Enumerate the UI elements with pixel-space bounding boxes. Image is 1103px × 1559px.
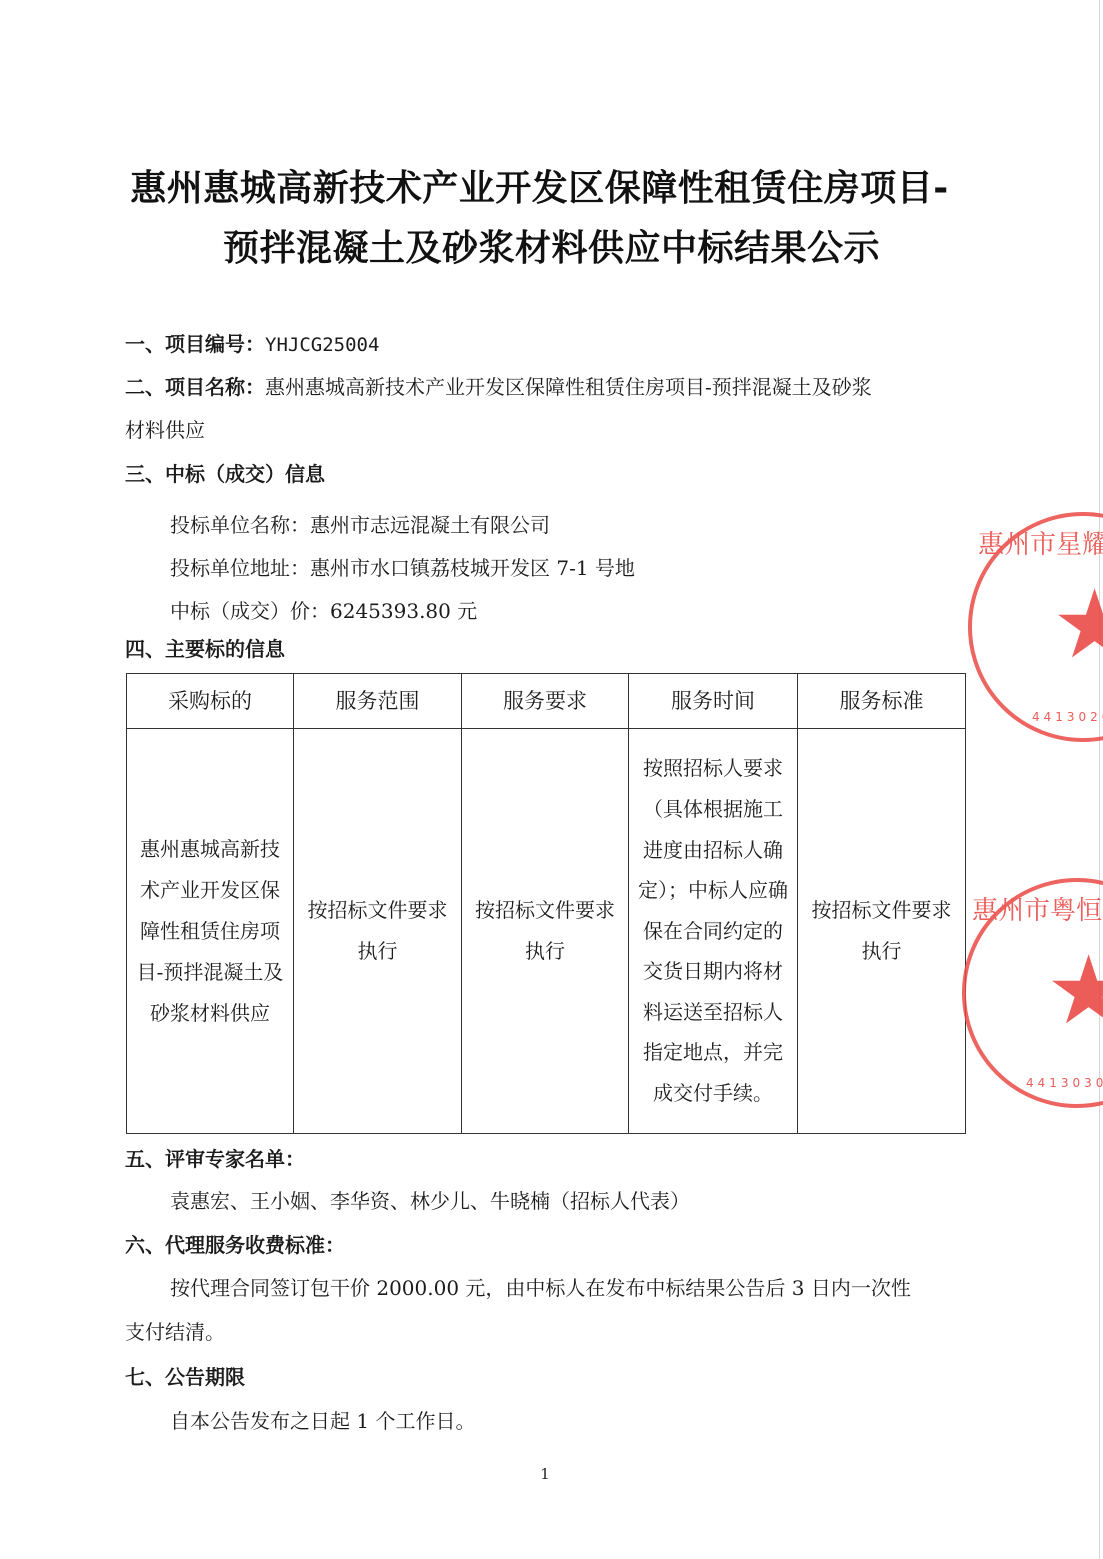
cell-scope: 按招标文件要求执行 [294,729,462,1134]
bidder-address: 惠州市水口镇荔枝城开发区 7-1 号地 [310,556,635,580]
company-seal-supply-chain: 惠州市星耀供应链 ★ 4413020 [968,512,1103,742]
star-icon: ★ [1052,578,1103,673]
company-seal-engineering-consulting: 惠州市粤恒基工程咨 ★ 441303018 [962,878,1103,1108]
project-name-continued: 材料供应 [125,414,205,443]
column-header: 服务时间 [629,674,798,729]
expert-list: 袁惠宏、王小姻、李华资、林少儿、牛晓楠（招标人代表） [170,1185,690,1214]
project-name: 惠州惠城高新技术产业开发区保障性租赁住房项目-预拌混凝土及砂浆 [265,375,872,399]
document-title-line1: 惠州惠城高新技术产业开发区保障性租赁住房项目- [0,160,1091,211]
agency-fee-text: 按代理合同签订包干价 2000.00 元，由中标人在发布中标结果公告后 3 日内… [170,1272,911,1301]
section-project-number: 一、项目编号：YHJCG25004 [125,328,379,357]
cell-text: 惠州惠城高新技术产业开发区保障性租赁住房项目-预拌混凝土及砂浆材料供应 [135,829,285,1034]
agency-fee-text-continued: 支付结清。 [125,1316,225,1345]
column-header: 服务范围 [294,674,462,729]
cell-requirement: 按招标文件要求执行 [462,729,629,1134]
bidder-name-label: 投标单位名称： [170,513,310,537]
section-heading-agency-fee: 六、代理服务收费标准： [125,1229,345,1258]
column-header: 服务要求 [462,674,629,729]
cell-text: 按招标文件要求执行 [806,890,957,972]
column-header: 采购标的 [127,674,294,729]
seal-text: 惠州市粤恒基工程咨 [972,890,1103,927]
subject-info-table: 采购标的 服务范围 服务要求 服务时间 服务标准 惠州惠城高新技术产业开发区保障… [126,673,966,1134]
bidder-address-label: 投标单位地址： [170,556,310,580]
section-heading-experts: 五、评审专家名单： [125,1143,305,1172]
project-number: YHJCG25004 [265,334,379,356]
cell-text: 按招标文件要求执行 [470,890,620,972]
notice-period-text: 自本公告发布之日起 1 个工作日。 [170,1405,475,1434]
cell-text: 按照招标人要求（具体根据施工进度由招标人确定）；中标人应确保在合同约定的交货日期… [635,748,791,1113]
section-heading-award-info: 三、中标（成交）信息 [125,458,325,487]
cell-text: 按招标文件要求执行 [302,890,453,972]
cell-subject: 惠州惠城高新技术产业开发区保障性租赁住房项目-预拌混凝土及砂浆材料供应 [127,729,294,1134]
seal-number: 441303018 [1026,1076,1103,1090]
award-price-row: 中标（成交）价：6245393.80 元 [170,595,477,624]
bidder-name: 惠州市志远混凝土有限公司 [310,513,550,537]
bidder-name-row: 投标单位名称：惠州市志远混凝土有限公司 [170,509,550,538]
star-icon: ★ [1046,944,1103,1039]
section-heading-main-subject: 四、主要标的信息 [125,633,285,662]
cell-time: 按照招标人要求（具体根据施工进度由招标人确定）；中标人应确保在合同约定的交货日期… [629,729,798,1134]
document-title-line2: 预拌混凝土及砂浆材料供应中标结果公示 [0,220,1103,271]
column-header: 服务标准 [798,674,966,729]
bidder-address-row: 投标单位地址：惠州市水口镇荔枝城开发区 7-1 号地 [170,552,635,581]
award-price: 6245393.80 元 [330,599,477,623]
seal-number: 4413020 [1032,710,1103,724]
table-row: 惠州惠城高新技术产业开发区保障性租赁住房项目-预拌混凝土及砂浆材料供应 按招标文… [127,729,966,1134]
section-heading: 二、项目名称： [125,375,265,399]
section-heading-notice-period: 七、公告期限 [125,1361,245,1390]
section-heading: 一、项目编号： [125,332,265,356]
section-project-name: 二、项目名称：惠州惠城高新技术产业开发区保障性租赁住房项目-预拌混凝土及砂浆 [125,371,872,400]
page-number: 1 [0,1465,1090,1483]
award-price-label: 中标（成交）价： [170,599,330,623]
cell-standard: 按招标文件要求执行 [798,729,966,1134]
table-header-row: 采购标的 服务范围 服务要求 服务时间 服务标准 [127,674,966,729]
seal-text: 惠州市星耀供应链 [978,524,1103,561]
